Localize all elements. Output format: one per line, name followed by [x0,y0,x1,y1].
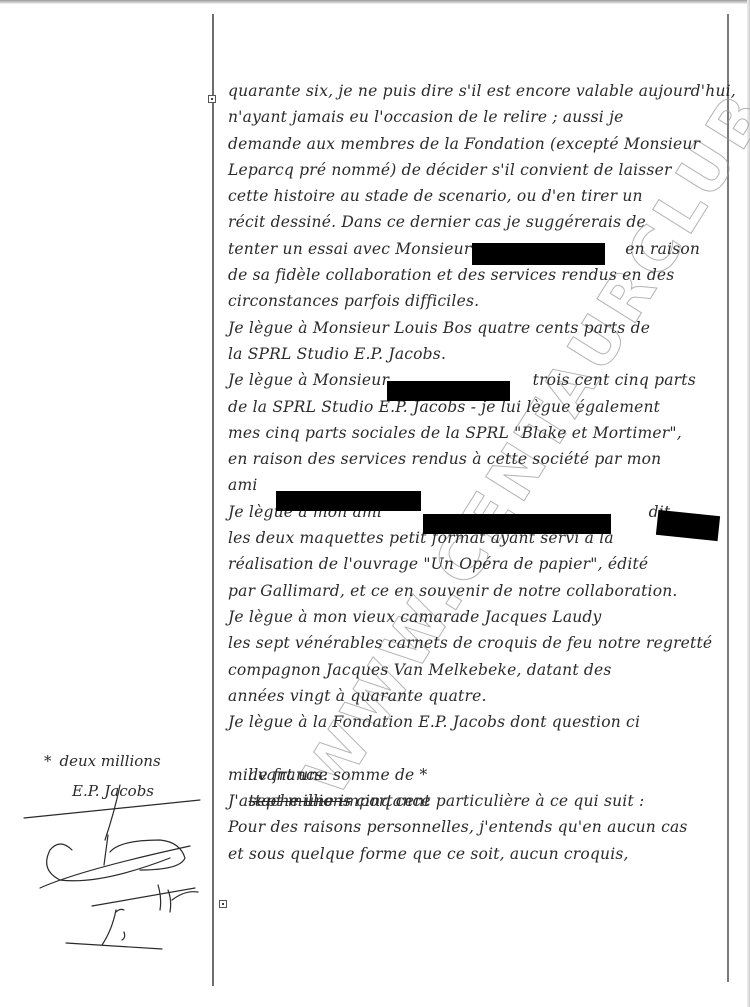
text-line: compagnon Jacques Van Melkebeke, datant … [228,657,728,683]
text-line: Pour des raisons personnelles, j'entends… [228,814,728,840]
text-line: en raison des services rendus à cette so… [228,446,728,472]
text-line: demande aux membres de la Fondation (exc… [228,131,728,157]
redaction-box [423,514,611,534]
text-line: mille francs. [228,762,728,788]
text-line: les sept vénérables carnets de croquis d… [228,630,728,656]
body-lines: quarante six, je ne puis dire s'il est e… [228,78,728,735]
scan-top-edge [0,0,750,4]
text-line: récit dessiné. Dans ce dernier cas je su… [228,209,728,235]
text-line: Je lègue à mon vieux camarade Jacques La… [228,604,728,630]
text-line: mes cinq parts sociales de la SPRL "Blak… [228,420,728,446]
text-line: circonstances parfois difficiles. [228,288,728,314]
signatures-icon [20,740,220,960]
anchor-handle-icon [219,900,227,908]
redaction-box [387,381,510,401]
text-line: la SPRL Studio E.P. Jacobs. [228,341,728,367]
redaction-box [472,243,605,265]
redaction-box [276,491,421,511]
text-line: avant une somme de * sept millions cinq … [228,735,728,761]
handwritten-body: quarante six, je ne puis dire s'il est e… [228,78,728,867]
anchor-handle-icon [208,95,216,103]
text-line: Je lègue à la Fondation E.P. Jacobs dont… [228,709,728,735]
text-line: cette histoire au stade de scenario, ou … [228,183,728,209]
text-line: réalisation de l'ouvrage "Un Opéra de pa… [228,551,728,577]
text-line: et sous quelque forme que ce soit, aucun… [228,841,728,867]
text-line: Leparcq pré nommé) de décider s'il convi… [228,157,728,183]
text-line: par Gallimard, et ce en souvenir de notr… [228,578,728,604]
text-line: quarante six, je ne puis dire s'il est e… [228,78,728,104]
text-line: de sa fidèle collaboration et des servic… [228,262,728,288]
text-line: n'ayant jamais eu l'occasion de le relir… [228,104,728,130]
text-line: J'attache une importance particulière à … [228,788,728,814]
text-line: Je lègue à Monsieur Louis Bos quatre cen… [228,315,728,341]
text-line: années vingt à quarante quatre. [228,683,728,709]
underline-stroke [24,800,200,818]
